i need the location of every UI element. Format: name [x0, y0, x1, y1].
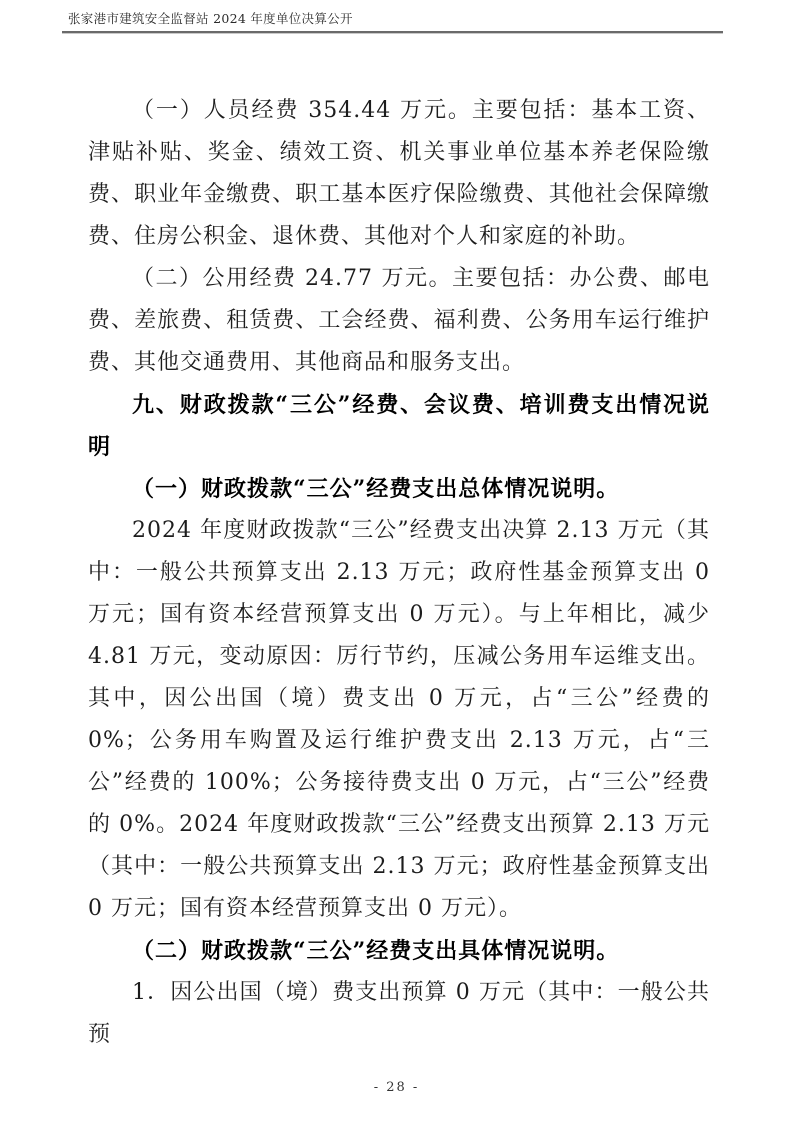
page-number: - 28 - — [374, 1080, 420, 1095]
header-title: 张家港市建筑安全监督站 2024 年度单位决算公开 — [68, 12, 723, 26]
page-header: 张家港市建筑安全监督站 2024 年度单位决算公开 — [62, 12, 723, 33]
heading-overall-three-public-expenses: （一）财政拨款“三公”经费支出总体情况说明。 — [88, 468, 710, 510]
page-footer: - 28 - — [0, 1076, 793, 1097]
paragraph-public-expenses: （二）公用经费 24.77 万元。主要包括：办公费、邮电费、差旅费、租赁费、工会… — [88, 258, 710, 384]
paragraph-three-public-expenses-detail: 2024 年度财政拨款“三公”经费支出决算 2.13 万元（其中：一般公共预算支… — [88, 510, 710, 930]
document-page: 张家港市建筑安全监督站 2024 年度单位决算公开 （一）人员经费 354.44… — [0, 0, 793, 1122]
paragraph-personnel-expenses: （一）人员经费 354.44 万元。主要包括：基本工资、津贴补贴、奖金、绩效工资… — [88, 90, 710, 258]
heading-specific-three-public-expenses: （二）财政拨款“三公”经费支出具体情况说明。 — [88, 930, 710, 972]
paragraph-overseas-travel-expenses: 1．因公出国（境）费支出预算 0 万元（其中：一般公共预 — [88, 972, 710, 1056]
document-body: （一）人员经费 354.44 万元。主要包括：基本工资、津贴补贴、奖金、绩效工资… — [88, 90, 710, 1056]
heading-section-nine: 九、财政拨款“三公”经费、会议费、培训费支出情况说明 — [88, 384, 710, 468]
